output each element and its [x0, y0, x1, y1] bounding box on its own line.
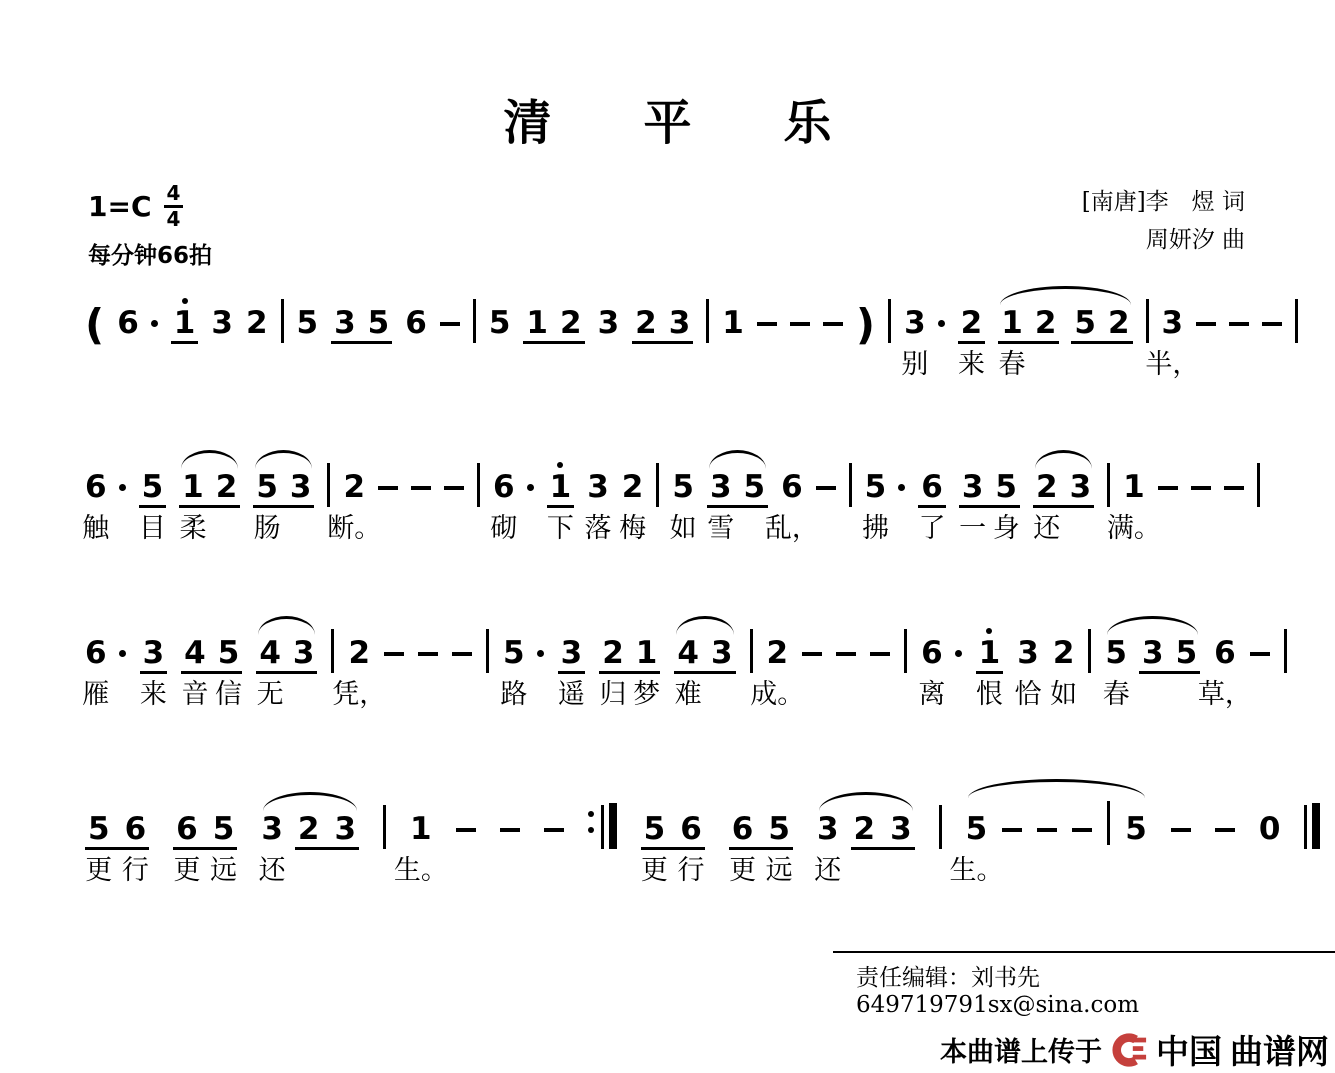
note-group: [1262, 322, 1282, 339]
editor-contact-line: 责任编辑：刘书先 649719791sx@sina.com: [856, 959, 1335, 1018]
note: 3一: [962, 472, 984, 503]
final-barline: [1304, 803, 1320, 845]
barline: [1284, 629, 1287, 673]
note: 5: [1074, 308, 1096, 339]
barline: [849, 463, 852, 507]
note-group: [411, 486, 431, 503]
note: 3雪: [710, 472, 732, 503]
lyric-syllable: 一: [959, 515, 986, 542]
lyric-syllable: 半，: [1145, 351, 1199, 378]
note-cluster: 5如: [672, 472, 694, 503]
note-group: 2梅: [622, 472, 644, 503]
note-group: 3来: [140, 638, 168, 669]
note-group: [1191, 486, 1211, 503]
note-cluster: 6乱，: [781, 472, 803, 503]
dash-mark: [870, 652, 890, 656]
composer-credit: 周妍汐 曲: [1082, 222, 1245, 260]
dot-icon: [151, 320, 158, 327]
note-group: 2如: [1053, 638, 1075, 669]
note-group: 5: [489, 308, 511, 339]
note-group: [1158, 486, 1178, 503]
barline: [1146, 299, 1149, 343]
lyric-syllable: 柔: [179, 515, 206, 542]
note: 3落: [587, 472, 609, 503]
note-cluster: 2凭，: [348, 638, 370, 669]
note-group: [802, 652, 822, 669]
note-group: 1满。: [1123, 472, 1145, 503]
lyric-syllable: 梅: [619, 515, 646, 542]
dash-mark: [836, 652, 856, 656]
note-cluster: 2断。: [343, 472, 365, 503]
beam-group: 2归1梦: [599, 638, 660, 674]
tempo-marking: 每分钟66拍: [88, 237, 212, 270]
note-group: 5肠3: [253, 472, 314, 503]
note: 3: [293, 638, 315, 669]
note-cluster: [1215, 828, 1235, 845]
dash-mark: [757, 322, 777, 326]
note-group: [1215, 828, 1235, 845]
dot-icon: [898, 484, 905, 491]
note: 6更: [176, 814, 198, 845]
beam-group: 35: [1139, 638, 1200, 674]
slur-icon: [263, 792, 357, 811]
note-cluster: [816, 486, 836, 503]
sheet-music-page: 清平乐 1=C 4 4 每分钟66拍 [南唐]李 煜 词 周妍汐 曲 (6132…: [0, 0, 1335, 1073]
lyric-syllable: 路: [500, 681, 527, 708]
note-group: 6砌: [493, 472, 534, 503]
note: 6了: [921, 472, 943, 503]
note-group: 6乱，: [781, 472, 803, 503]
note-group: [444, 486, 464, 503]
note-group: 0: [1259, 814, 1281, 845]
note-group: 3还23: [261, 814, 359, 845]
note-cluster: 2成。: [767, 638, 789, 669]
lyric-syllable: 更: [85, 857, 112, 884]
dash-mark: [444, 486, 464, 490]
note-cluster: [836, 652, 856, 669]
note: 2还: [1036, 472, 1058, 503]
dot-icon: [527, 484, 534, 491]
lyric-syllable: 难: [675, 681, 702, 708]
note: 5: [1125, 814, 1147, 845]
note-cluster: 2梅: [622, 472, 644, 503]
note-cluster: 5: [489, 308, 511, 339]
note-cluster: 3还: [261, 814, 283, 845]
note: 1满。: [1123, 472, 1145, 503]
note-cluster: [802, 652, 822, 669]
note-group: 5拂: [865, 472, 906, 503]
note-group: [440, 322, 460, 339]
note-group: [1229, 322, 1249, 339]
beam-group: 4难3: [674, 638, 735, 674]
lyric-syllable: 还: [1033, 515, 1060, 542]
note: 1春: [1001, 308, 1023, 339]
note-group: 1: [171, 308, 199, 339]
slur-icon: [258, 616, 315, 635]
slur-icon: [1000, 286, 1130, 305]
note-group: 6: [405, 308, 427, 339]
note-group: [816, 486, 836, 503]
note-cluster: 0: [1259, 814, 1281, 845]
note: 2: [1108, 308, 1130, 339]
note: 5身: [995, 472, 1017, 503]
note: 6雁: [85, 638, 107, 669]
note: 5生。: [966, 814, 988, 845]
note-cluster: [1158, 486, 1178, 503]
note-cluster: [1191, 486, 1211, 503]
song-title: 清平乐: [0, 84, 1335, 153]
note: 4难: [677, 638, 699, 669]
note-group: [870, 652, 890, 669]
note: 2归: [602, 638, 624, 669]
dash-mark: [456, 828, 476, 832]
beam-group: 12: [523, 308, 584, 344]
barline: [1257, 463, 1260, 507]
note: 5更: [644, 814, 666, 845]
note: 2如: [1053, 638, 1075, 669]
note-group: 3落: [587, 472, 609, 503]
site-name-cn: 中国: [1156, 1026, 1222, 1073]
note-group: 5更6行: [85, 814, 149, 845]
note-cluster: [440, 322, 460, 339]
note-cluster: 6雁: [85, 638, 126, 669]
note-cluster: 6草，: [1214, 638, 1236, 669]
note: 5远: [213, 814, 235, 845]
lyric-syllable: 触: [82, 515, 109, 542]
lyric-syllable: 还: [814, 857, 841, 884]
lyric-syllable: 乱，: [765, 515, 819, 542]
note-group: 2断。: [343, 472, 365, 503]
note: 6行: [125, 814, 147, 845]
beam-group: 5更6行: [641, 814, 705, 850]
note: 5: [1176, 638, 1198, 669]
note-group: 2成。: [767, 638, 789, 669]
lyric-syllable: 远: [210, 857, 237, 884]
dash-mark: [1229, 322, 1249, 326]
note-group: 4难3: [674, 638, 735, 669]
barline: [939, 805, 942, 849]
note-group: [456, 828, 476, 845]
note: 3: [211, 308, 233, 339]
dash-mark: [440, 322, 460, 326]
note-cluster: [1224, 486, 1244, 503]
note-group: 6触: [85, 472, 126, 503]
note-group: 3别: [904, 308, 945, 339]
dash-mark: [823, 322, 843, 326]
lyric-syllable: 成。: [750, 681, 804, 708]
dash-mark: [500, 828, 520, 832]
note-group: [1196, 322, 1216, 339]
note: 5信: [218, 638, 240, 669]
note: 3别: [904, 308, 926, 339]
note-group: 2还3: [1033, 472, 1094, 503]
lyric-syllable: 雁: [82, 681, 109, 708]
note-group: 3: [211, 308, 233, 339]
note-cluster: [870, 652, 890, 669]
dot-icon: [938, 320, 945, 327]
dash-mark: [1224, 486, 1244, 490]
dash-mark: [1072, 828, 1092, 832]
lyric-syllable: 音: [181, 681, 208, 708]
beam-group: 1恨: [976, 638, 1004, 674]
lyric-syllable: 拂: [862, 515, 889, 542]
note: 5春: [1105, 638, 1127, 669]
note: 5: [368, 308, 390, 339]
dash-mark: [816, 486, 836, 490]
note-group: 23: [632, 308, 693, 339]
note-cluster: 5生。5: [966, 801, 1147, 845]
slur-icon: [968, 779, 1145, 798]
lyric-syllable: 生。: [949, 857, 1003, 884]
note-group: 1柔2: [179, 472, 240, 503]
note: 6行: [680, 814, 702, 845]
lyric-syllable: 了: [919, 515, 946, 542]
barline: [750, 629, 753, 673]
barline: [1107, 463, 1110, 507]
time-signature: 4 4: [164, 183, 184, 230]
music-system-2: 6触5目1柔25肠32断。6砌1下3落2梅5如3雪56乱，5拂6了3一5身2还3…: [85, 463, 1260, 503]
barline: [904, 629, 907, 673]
dash-mark: [1215, 828, 1235, 832]
beam-group: 3来: [140, 638, 168, 674]
repeat-end-barline: [588, 803, 617, 845]
note: 2: [216, 472, 238, 503]
note: 5路: [503, 638, 525, 669]
note-cluster: [1196, 322, 1216, 339]
note: 3: [669, 308, 691, 339]
note-cluster: 5拂: [865, 472, 906, 503]
lyric-syllable: 凭，: [332, 681, 386, 708]
beam-group: 1柔2: [179, 472, 240, 508]
dash-mark: [1037, 828, 1057, 832]
barline: [1107, 801, 1110, 845]
note-group: [384, 652, 404, 669]
music-system-3: 6雁3来4音5信4无32凭，5路3遥2归1梦4难32成。6离1恨3恰2如5春35…: [85, 629, 1287, 669]
lyric-syllable: 春: [999, 351, 1026, 378]
note-cluster: [411, 486, 431, 503]
note: 3: [334, 308, 356, 339]
dash-mark: [1191, 486, 1211, 490]
note: 3遥: [561, 638, 583, 669]
note: 5更: [88, 814, 110, 845]
lyric-syllable: 砌: [490, 515, 517, 542]
note: 3: [1142, 638, 1164, 669]
note-group: 6更5远: [729, 814, 793, 845]
lyric-syllable: 如: [1050, 681, 1077, 708]
note: 1梦: [636, 638, 658, 669]
note-group: 5路: [503, 638, 544, 669]
note: 6乱，: [781, 472, 803, 503]
key-tonic: 1=C: [88, 190, 152, 223]
note-cluster: [1171, 828, 1191, 845]
lyric-syllable: 下: [547, 515, 574, 542]
note-group: 3遥: [558, 638, 586, 669]
dash-mark: [544, 828, 564, 832]
barline: [656, 463, 659, 507]
note-cluster: 6: [117, 308, 158, 339]
slur-icon: [1107, 616, 1198, 635]
lyric-syllable: 更: [641, 857, 668, 884]
beam-group: 1: [171, 308, 199, 344]
note-cluster: 3半，: [1162, 308, 1184, 339]
note: 1: [526, 308, 548, 339]
repeat-dots: [588, 811, 594, 833]
credits: [南唐]李 煜 词 周妍汐 曲: [1082, 184, 1245, 260]
note-cluster: 3别: [904, 308, 945, 339]
note: 1: [722, 308, 744, 339]
note-group: 2来: [958, 308, 986, 339]
note-cluster: 2如: [1053, 638, 1075, 669]
note: 1恨: [979, 638, 1001, 669]
note-group: 2凭，: [348, 638, 370, 669]
dash-mark: [378, 486, 398, 490]
note-group: 12: [523, 308, 584, 339]
note-group: 5如: [672, 472, 694, 503]
note: 4音: [184, 638, 206, 669]
note-cluster: [790, 322, 810, 339]
lyric-syllable: 更: [729, 857, 756, 884]
note: 3: [890, 814, 912, 845]
note-cluster: [757, 322, 777, 339]
note-group: 6草，: [1214, 638, 1236, 669]
note-cluster: [456, 828, 476, 845]
beam-group: 5肠3: [253, 472, 314, 508]
beam-group: 4音5信: [181, 638, 242, 674]
lyric-syllable: 目: [139, 515, 166, 542]
note-group: 3: [598, 308, 620, 339]
note: 2来: [961, 308, 983, 339]
note-group: 2: [246, 308, 268, 339]
beam-group: 35: [331, 308, 392, 344]
note-group: 6: [117, 308, 158, 339]
site-name-qupu: 曲谱网: [1230, 1026, 1329, 1073]
barline: [327, 463, 330, 507]
note: 6离: [921, 638, 943, 669]
note-cluster: [378, 486, 398, 503]
meter-denominator: 4: [167, 208, 181, 230]
music-system-4: 5更6行6更5远3还231生。5更6行6更5远3还235生。50: [85, 801, 1320, 845]
note-group: 1春252: [998, 308, 1132, 339]
dash-mark: [1262, 322, 1282, 326]
note-group: 6了: [918, 472, 946, 503]
lyric-syllable: 离: [918, 681, 945, 708]
note: 3还: [261, 814, 283, 845]
barline: [888, 299, 891, 343]
note: 3: [334, 814, 356, 845]
note-group: 5目: [139, 472, 167, 503]
barline: [331, 629, 334, 673]
note: 2断。: [343, 472, 365, 503]
dash-mark: [1196, 322, 1216, 326]
note: 4无: [259, 638, 281, 669]
music-system-1: (613253565123231)3别2来1春2523半，: [85, 299, 1298, 339]
dash-mark: [452, 652, 472, 656]
barline: [477, 463, 480, 507]
note-cluster: 2: [246, 308, 268, 339]
dash-mark: [1158, 486, 1178, 490]
note: 5: [744, 472, 766, 503]
beam-group: 23: [295, 814, 359, 850]
note: 1生。: [410, 814, 432, 845]
lyric-syllable: 归: [599, 681, 626, 708]
note-group: 4音5信: [181, 638, 242, 669]
note: 2: [854, 814, 876, 845]
note-group: [823, 322, 843, 339]
note: 3: [290, 472, 312, 503]
site-attribution: 本曲谱上传于 中国 曲谱网: [940, 1026, 1329, 1073]
dot-icon: [955, 650, 962, 657]
lyric-syllable: 远: [766, 857, 793, 884]
note-group: [1224, 486, 1244, 503]
note-cluster: 5: [297, 308, 319, 339]
lyric-syllable: 更: [173, 857, 200, 884]
note-cluster: [823, 322, 843, 339]
lyric-syllable: 雪: [707, 515, 734, 542]
dot-icon: [119, 484, 126, 491]
note-group: 1恨: [976, 638, 1004, 669]
note-group: 1: [722, 308, 744, 339]
lyric-syllable: 遥: [558, 681, 585, 708]
note: 5拂: [865, 472, 887, 503]
note: 3还: [817, 814, 839, 845]
note-group: [1171, 828, 1191, 845]
lyric-syllable: 无: [257, 681, 284, 708]
note-group: 6雁: [85, 638, 126, 669]
note-cluster: [418, 652, 438, 669]
note-cluster: 5春: [1105, 638, 1127, 669]
qupu-logo-icon: [1110, 1031, 1148, 1069]
lyric-syllable: 来: [140, 681, 167, 708]
note-group: 3一5身: [959, 472, 1020, 503]
note-cluster: 3落: [587, 472, 609, 503]
lyric-syllable: 来: [958, 351, 985, 378]
note: 2: [246, 308, 268, 339]
note-group: 2归1梦: [599, 638, 660, 669]
note-group: 5春35: [1105, 638, 1200, 669]
lyric-syllable: 肠: [254, 515, 281, 542]
dash-mark: [384, 652, 404, 656]
note-cluster: 6: [405, 308, 427, 339]
beam-group: 3遥: [558, 638, 586, 674]
upload-prefix-text: 本曲谱上传于: [940, 1030, 1102, 1069]
close-paren: ): [856, 304, 875, 346]
note-cluster: 1生。: [410, 814, 432, 845]
note: 5远: [768, 814, 790, 845]
barline: [383, 805, 386, 849]
beam-group: 23: [851, 814, 915, 850]
note: 6草，: [1214, 638, 1236, 669]
note-group: 6更5远: [173, 814, 237, 845]
meter-numerator: 4: [164, 183, 184, 208]
note: 6: [405, 308, 427, 339]
slur-icon: [676, 616, 733, 635]
note: 6: [117, 308, 139, 339]
note-group: [757, 322, 777, 339]
note-cluster: [500, 828, 520, 845]
note: 5肠: [256, 472, 278, 503]
lyric-syllable: 春: [1103, 681, 1130, 708]
note: 6更: [732, 814, 754, 845]
note: 6触: [85, 472, 107, 503]
note-group: 5生。5: [966, 801, 1147, 845]
note-cluster: 6砌: [493, 472, 534, 503]
note: 3: [1070, 472, 1092, 503]
note-group: [452, 652, 472, 669]
barline: [281, 299, 284, 343]
dash-mark: [1250, 652, 1270, 656]
beam-group: 2还3: [1033, 472, 1094, 508]
note-group: [418, 652, 438, 669]
